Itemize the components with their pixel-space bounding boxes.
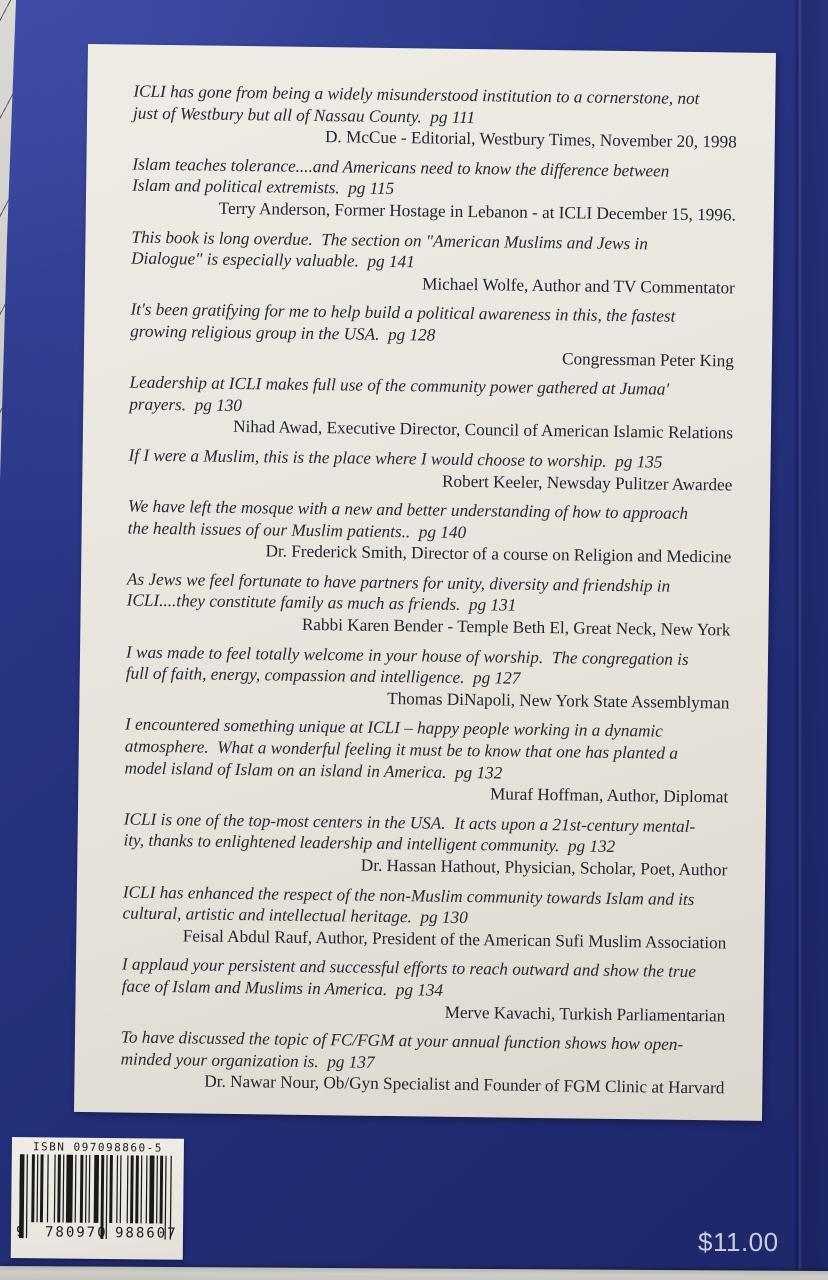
- quote-text: I encountered something unique at ICLI –…: [124, 714, 739, 787]
- isbn-number: ISBN 097098860-5: [20, 1140, 176, 1155]
- quote-block: This book is long overdue. The section o…: [131, 226, 746, 299]
- quote-block: I was made to feel totally welcome in yo…: [125, 641, 740, 714]
- quote-text: I applaud your persistent and successful…: [122, 954, 737, 1005]
- quote-text: It's been gratifying for me to help buil…: [130, 299, 745, 350]
- cover-right-edge-shade: [802, 0, 828, 1272]
- quote-block: I applaud your persistent and successful…: [121, 954, 736, 1027]
- ean-group-2: 988607: [115, 1225, 178, 1242]
- quote-block: ICLI has enhanced the respect of the non…: [122, 881, 737, 954]
- ean-lead-digit: 9: [16, 1224, 25, 1240]
- quote-text: I was made to feel totally welcome in yo…: [126, 641, 741, 692]
- quote-text: ICLI is one of the top-most centers in t…: [123, 808, 738, 859]
- cover-crease-line: [794, 0, 802, 1272]
- isbn-barcode-label: ISBN 097098860-5 9 780970 988607: [11, 1137, 184, 1260]
- quote-block: To have discussed the topic of FC/FGM at…: [120, 1027, 735, 1100]
- testimonial-panel: ICLI has gone from being a widely misund…: [74, 44, 776, 1121]
- quote-block: If I were a Muslim, this is the place wh…: [128, 444, 743, 495]
- quote-block: Islam teaches tolerance....and Americans…: [132, 153, 747, 226]
- quote-block: ICLI has gone from being a widely misund…: [133, 81, 748, 154]
- ean-group-1: 780970: [45, 1224, 108, 1241]
- quote-text: We have left the mosque with a new and b…: [128, 496, 743, 547]
- ean-number-row: 9 780970 988607: [19, 1224, 175, 1244]
- quote-text: ICLI has gone from being a widely misund…: [133, 81, 748, 132]
- price-label: $11.00: [698, 1227, 779, 1258]
- quote-block: Leadership at ICLI makes full use of the…: [129, 372, 744, 445]
- quote-text: As Jews we feel fortunate to have partne…: [127, 568, 742, 619]
- quote-block: It's been gratifying for me to help buil…: [130, 299, 745, 372]
- quote-block: We have left the mosque with a new and b…: [127, 496, 742, 569]
- quote-text: This book is long overdue. The section o…: [131, 226, 746, 277]
- quote-block: As Jews we feel fortunate to have partne…: [126, 568, 741, 641]
- quote-list: ICLI has gone from being a widely misund…: [120, 81, 747, 1100]
- quote-block: I encountered something unique at ICLI –…: [124, 714, 739, 808]
- quote-text: Leadership at ICLI makes full use of the…: [129, 372, 744, 423]
- book-back-cover-photo: ICLI has gone from being a widely misund…: [0, 0, 828, 1280]
- quote-block: ICLI is one of the top-most centers in t…: [123, 808, 738, 881]
- quote-text: ICLI has enhanced the respect of the non…: [122, 881, 737, 932]
